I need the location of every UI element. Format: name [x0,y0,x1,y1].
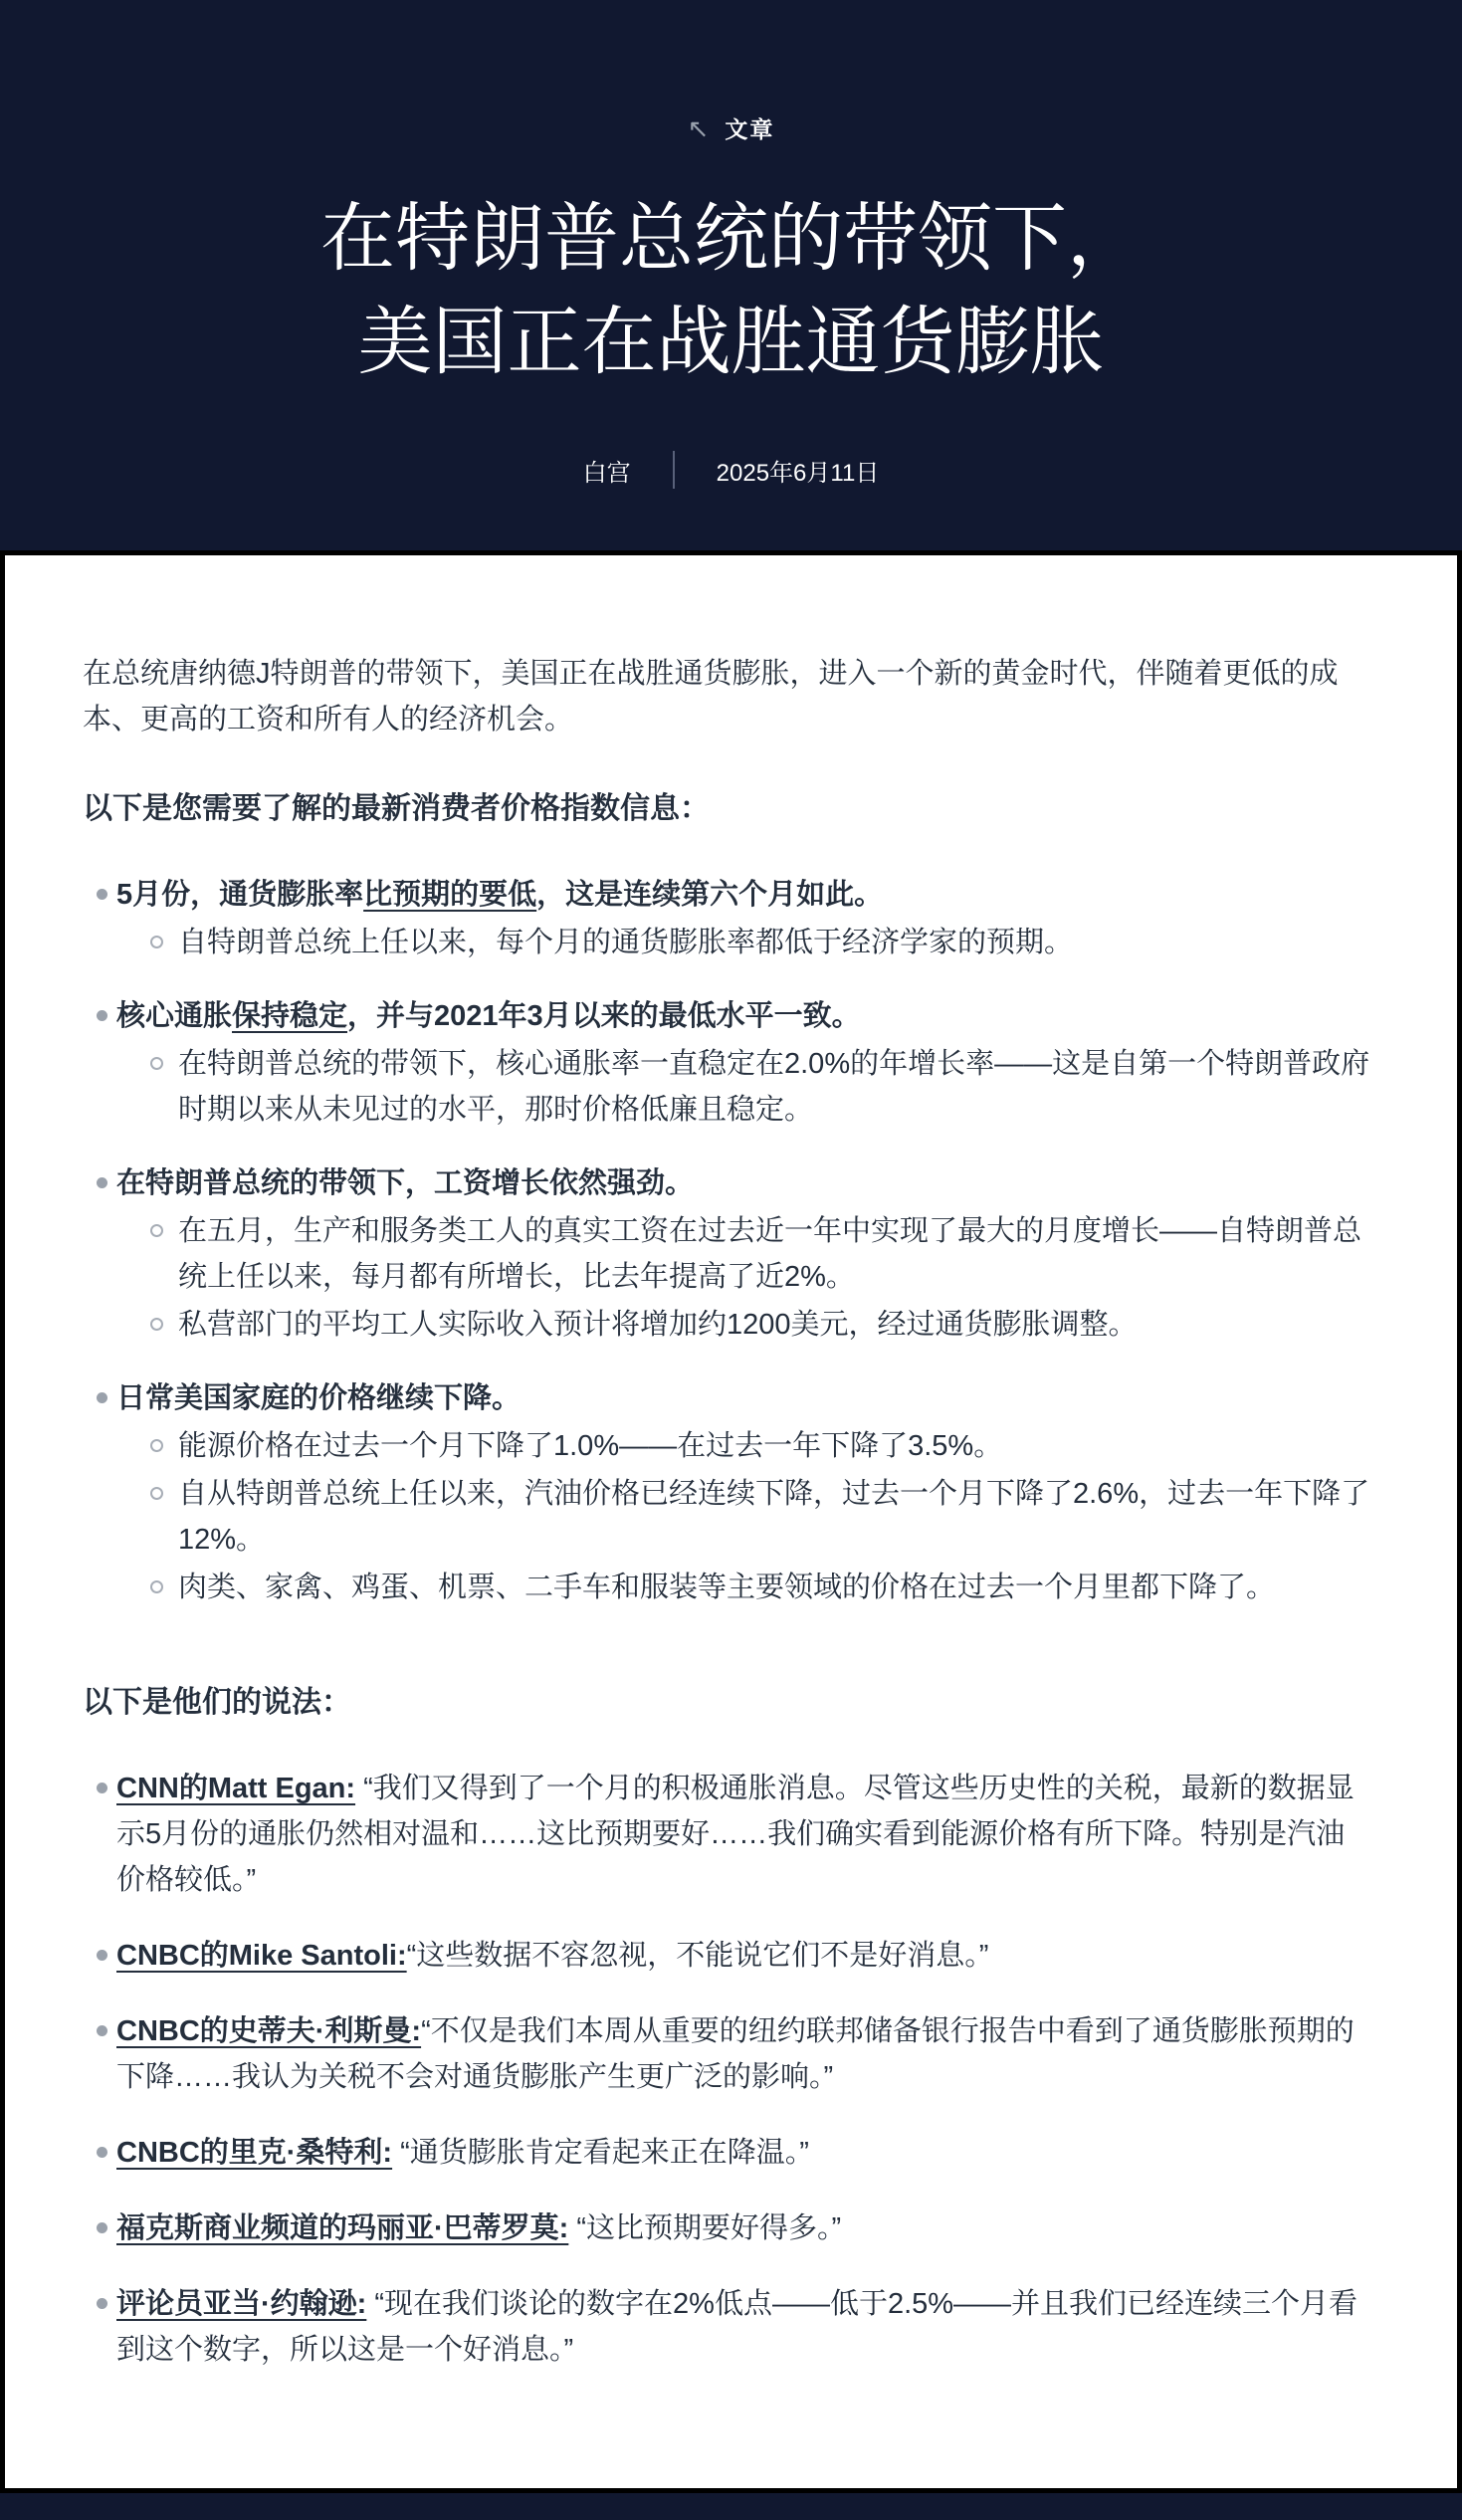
cpi-item-4-sub-1: 能源价格在过去一个月下降了1.0%——在过去一年下降了3.5%。 [132,1423,1373,1469]
cpi-item-4-sub-2: 自从特朗普总统上任以来，汽油价格已经连续下降，过去一个月下降了2.6%，过去一年… [132,1471,1373,1563]
quote-4-text: “通货膨胀肯定看起来正在降温。” [392,2137,809,2169]
quote-2-text: “这些数据不容忽视，不能说它们不是好消息。” [407,1940,989,1972]
cpi-item-2-sub-1: 在特朗普总统的带领下，核心通胀率一直稳定在2.0%的年增长率——这是自第一个特朗… [132,1041,1373,1133]
page-title: 在特朗普总统的带领下， 美国正在战胜通货膨胀 [0,188,1462,395]
cpi-item-2-sublist: 在特朗普总统的带领下，核心通胀率一直稳定在2.0%的年增长率——这是自第一个特朗… [116,1041,1373,1133]
quote-4-speaker-link[interactable]: CNBC的里克·桑特利: [116,2137,392,2169]
article-card: 在总统唐纳德J特朗普的带领下，美国正在战胜通货膨胀，进入一个新的黄金时代，伴随着… [0,550,1462,2493]
cpi-item-2-lead-after: ，并与2021年3月以来的最低水平一致。 [347,1000,861,1032]
cpi-item-4-sublist: 能源价格在过去一个月下降了1.0%——在过去一年下降了3.5%。 自从特朗普总统… [116,1423,1373,1610]
cpi-item-1: 5月份，通货膨胀率比预期的要低，这是连续第六个月如此。 自特朗普总统上任以来，每… [83,872,1373,965]
quotes-list: CNN的Matt Egan: “我们又得到了一个月的积极通胀消息。尽管这些历史性… [83,1766,1373,2373]
cpi-item-3-sub-2: 私营部门的平均工人实际收入预计将增加约1200美元，经过通货膨胀调整。 [132,1302,1373,1348]
article-meta: 白宫 2025年6月11日 [0,451,1462,489]
intro-paragraph: 在总统唐纳德J特朗普的带领下，美国正在战胜通货膨胀，进入一个新的黄金时代，伴随着… [83,651,1373,742]
cpi-item-1-sublist: 自特朗普总统上任以来，每个月的通货膨胀率都低于经济学家的预期。 [116,920,1373,965]
meta-divider [673,451,675,489]
cpi-item-3: 在特朗普总统的带领下，工资增长依然强劲。 在五月，生产和服务类工人的真实工资在过… [83,1160,1373,1348]
quote-item-1: CNN的Matt Egan: “我们又得到了一个月的积极通胀消息。尽管这些历史性… [83,1766,1373,1903]
quote-item-3: CNBC的史蒂夫·利斯曼:“不仅是我们本周从重要的纽约联邦储备银行报告中看到了通… [83,2008,1373,2100]
quote-1-speaker-link[interactable]: CNN的Matt Egan: [116,1773,355,1804]
cpi-item-4-sub-3: 肉类、家禽、鸡蛋、机票、二手车和服装等主要领域的价格在过去一个月里都下降了。 [132,1565,1373,1610]
article-date: 2025年6月11日 [717,453,880,488]
cpi-item-4: 日常美国家庭的价格继续下降。 能源价格在过去一个月下降了1.0%——在过去一年下… [83,1375,1373,1610]
cpi-item-1-sub-1: 自特朗普总统上任以来，每个月的通货膨胀率都低于经济学家的预期。 [132,920,1373,965]
article-source: 白宫 [583,453,631,488]
cpi-item-1-lead: 5月份，通货膨胀率 [116,879,363,911]
cpi-item-4-lead: 日常美国家庭的价格继续下降。 [116,1382,521,1414]
article-hero: ↖ 文章 在特朗普总统的带领下， 美国正在战胜通货膨胀 白宫 2025年6月11… [0,0,1462,550]
quote-5-speaker-link[interactable]: 福克斯商业频道的玛丽亚·巴蒂罗莫: [116,2212,568,2244]
page-title-line2: 美国正在战胜通货膨胀 [357,302,1104,384]
page-title-line1: 在特朗普总统的带领下， [320,198,1142,281]
cpi-item-3-sublist: 在五月，生产和服务类工人的真实工资在过去近一年中实现了最大的月度增长——自特朗普… [116,1208,1373,1348]
back-arrow-icon: ↖ [688,115,712,141]
quote-item-2: CNBC的Mike Santoli:“这些数据不容忽视，不能说它们不是好消息。” [83,1933,1373,1979]
section-heading-quotes: 以下是他们的说法： [83,1680,1373,1726]
cpi-item-3-lead: 在特朗普总统的带领下，工资增长依然强劲。 [116,1167,694,1199]
quote-item-5: 福克斯商业频道的玛丽亚·巴蒂罗莫: “这比预期要好得多。” [83,2205,1373,2251]
cpi-item-1-link[interactable]: 比预期的要低 [363,879,536,911]
cpi-item-3-sub-1: 在五月，生产和服务类工人的真实工资在过去近一年中实现了最大的月度增长——自特朗普… [132,1208,1373,1300]
cpi-item-2-link[interactable]: 保持稳定 [232,1000,347,1032]
quote-5-text: “这比预期要好得多。” [568,2212,841,2244]
quote-item-6: 评论员亚当·约翰逊: “现在我们谈论的数字在2%低点——低于2.5%——并且我们… [83,2281,1373,2373]
cpi-item-1-lead-after: ，这是连续第六个月如此。 [536,879,883,911]
article-eyebrow-label: 文章 [725,111,774,144]
cpi-item-2-lead: 核心通胀 [116,1000,232,1032]
quote-2-speaker-link[interactable]: CNBC的Mike Santoli: [116,1940,407,1972]
cpi-list: 5月份，通货膨胀率比预期的要低，这是连续第六个月如此。 自特朗普总统上任以来，每… [83,872,1373,1610]
cpi-item-2: 核心通胀保持稳定，并与2021年3月以来的最低水平一致。 在特朗普总统的带领下，… [83,993,1373,1133]
section-heading-cpi: 以下是您需要了解的最新消费者价格指数信息： [83,786,1373,832]
quote-6-speaker-link[interactable]: 评论员亚当·约翰逊: [116,2288,366,2320]
quote-item-4: CNBC的里克·桑特利: “通货膨胀肯定看起来正在降温。” [83,2130,1373,2176]
quote-3-speaker-link[interactable]: CNBC的史蒂夫·利斯曼: [116,2015,421,2047]
back-to-articles-link[interactable]: ↖ 文章 [688,111,775,144]
